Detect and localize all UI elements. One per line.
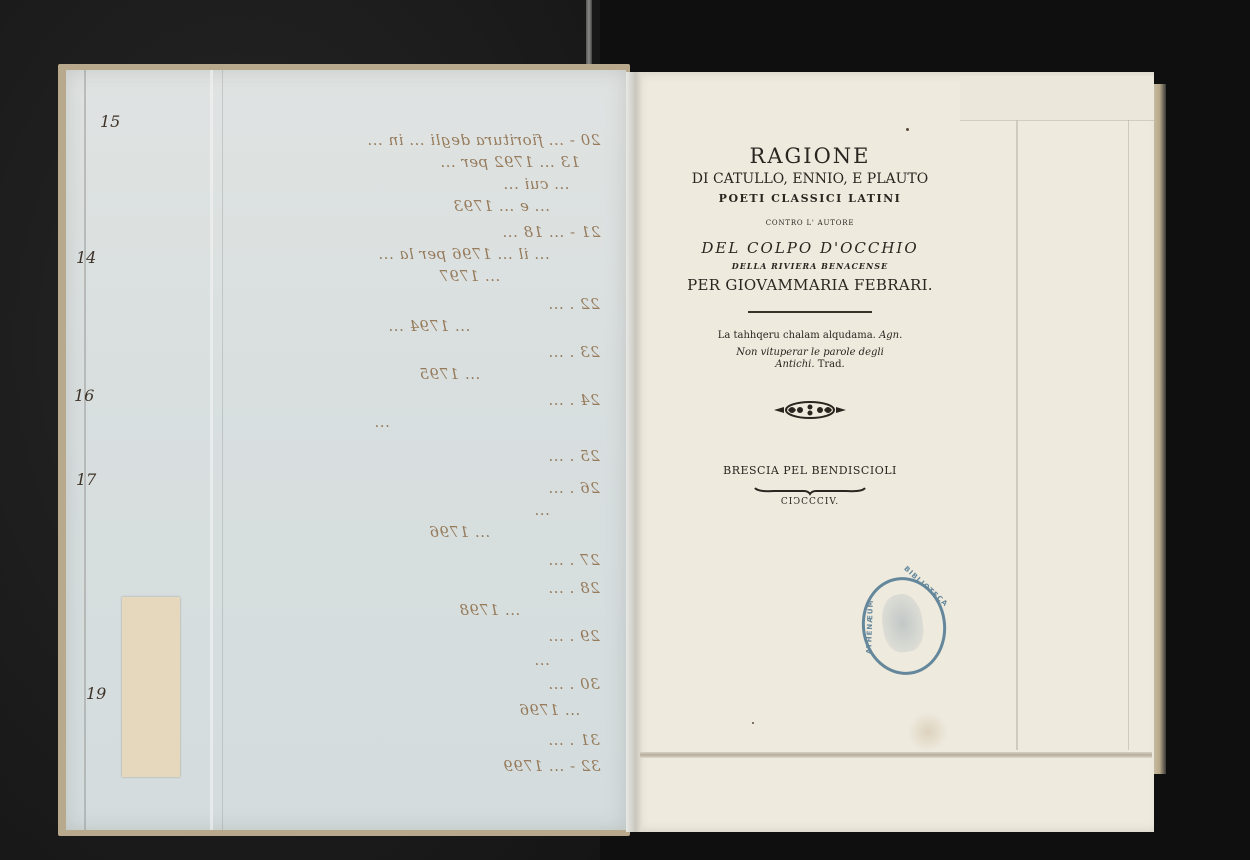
paper-fold-line bbox=[1128, 120, 1129, 750]
manuscript-line: 30 . ... bbox=[548, 675, 600, 693]
epigraph-attribution: Trad. bbox=[818, 359, 845, 370]
margin-number: 16 bbox=[74, 386, 94, 405]
manuscript-line: ... bbox=[374, 413, 390, 431]
epigraph-line-2: Non vituperar le parole degli bbox=[682, 347, 938, 358]
manuscript-line: 26 . ... bbox=[548, 479, 600, 497]
target-work: DEL COLPO D'OCCHIO bbox=[682, 239, 938, 257]
margin-number: 19 bbox=[86, 684, 106, 703]
manuscript-line: 28 . ... bbox=[548, 579, 600, 597]
margin-number: 15 bbox=[100, 112, 120, 131]
manuscript-line: ... 1796 bbox=[519, 701, 580, 719]
manuscript-line: 31 . ... bbox=[548, 731, 600, 749]
manuscript-line: ... cui ... bbox=[503, 175, 570, 193]
publication-year: CIↃCCCIV. bbox=[682, 497, 938, 507]
paper-speck bbox=[752, 722, 754, 724]
manuscript-line: ... 1797 bbox=[439, 267, 500, 285]
manuscript-line: 29 . ... bbox=[548, 627, 600, 645]
gutter bbox=[626, 72, 642, 832]
manuscript-line: ... 1795 bbox=[419, 365, 480, 383]
manuscript-line: ... 1796 bbox=[429, 523, 490, 541]
paper-fold-strip bbox=[960, 76, 1154, 121]
title-block: RAGIONE DI CATULLO, ENNIO, E PLAUTO POET… bbox=[682, 140, 938, 507]
spine-strip bbox=[586, 0, 592, 66]
manuscript-line: ... il ... 1796 per la ... bbox=[378, 245, 550, 263]
paper-fold-line bbox=[1016, 120, 1018, 750]
paper-speck bbox=[906, 128, 909, 131]
author-line: PER GIOVAMMARIA FEBRARI. bbox=[682, 276, 938, 294]
ornament-icon bbox=[772, 400, 848, 420]
margin-number: 17 bbox=[76, 470, 96, 489]
contro-line: CONTRO L' AUTORE bbox=[682, 219, 938, 227]
epigraph-text: La tahhqeru chalam alqudama. bbox=[718, 330, 876, 341]
epigraph-line-3: Antichi. Trad. bbox=[682, 359, 938, 370]
left-page-fold bbox=[84, 70, 86, 830]
margin-number: 14 bbox=[76, 248, 96, 267]
imprint: BRESCIA PEL BENDISCIOLI bbox=[682, 464, 938, 477]
manuscript-line: 24 . ... bbox=[548, 391, 600, 409]
manuscript-line: ... 1798 bbox=[459, 601, 520, 619]
manuscript-line: 21 - ... 18 ... bbox=[502, 223, 600, 241]
brace-rule-icon bbox=[754, 481, 866, 491]
epigraph-line-1: La tahhqeru chalam alqudama. Agn. bbox=[682, 330, 938, 341]
epigraph: La tahhqeru chalam alqudama. Agn. Non vi… bbox=[682, 330, 938, 370]
book-subtitle-2: POETI CLASSICI LATINI bbox=[682, 192, 938, 205]
manuscript-line: 25 . ... bbox=[548, 447, 600, 465]
book-title: RAGIONE bbox=[682, 144, 938, 168]
stamp-emblem-icon bbox=[879, 592, 927, 655]
manuscript-line: 20 - ... fioritura degli ... in ... bbox=[367, 131, 600, 149]
manuscript-line: 22 . ... bbox=[548, 295, 600, 313]
bottom-crease bbox=[640, 752, 1152, 758]
stamp-text: ATHENÆUM bbox=[865, 599, 875, 654]
manuscript-line: 13 ... 1792 per ... bbox=[440, 153, 580, 171]
manuscript-line: 32 - ... 1799 bbox=[503, 757, 600, 775]
manuscript-line: ... e ... 1793 bbox=[453, 197, 550, 215]
manuscript-line: 27 . ... bbox=[548, 551, 600, 569]
manuscript-line: ... bbox=[534, 501, 550, 519]
manuscript-line: 23 . ... bbox=[548, 343, 600, 361]
manuscript-line: ... 1794 ... bbox=[388, 317, 470, 335]
paper-tape bbox=[122, 597, 180, 777]
divider-rule bbox=[748, 311, 872, 313]
target-work-subtitle: DELLA RIVIERA BENACENSE bbox=[682, 261, 938, 271]
paper-stain bbox=[908, 712, 948, 752]
epigraph-text: Antichi. bbox=[775, 359, 814, 370]
epigraph-attribution: Agn. bbox=[879, 330, 902, 341]
manuscript-line: ... bbox=[534, 651, 550, 669]
book-subtitle: DI CATULLO, ENNIO, E PLAUTO bbox=[682, 171, 938, 187]
